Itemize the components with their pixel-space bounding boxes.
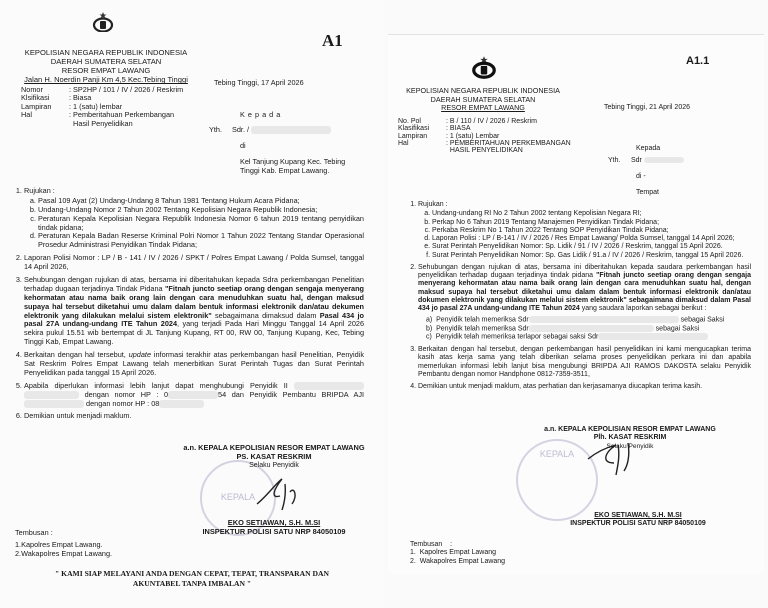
letter-meta: No. Pol: B / 110 / IV / 2026 / Reskrim K… <box>398 118 571 155</box>
signatory-rank: INSPEKTUR POLISI SATU NRP 84050109 <box>538 520 738 528</box>
carbon-copy: Tembusan : 1. Kapolres Empat Lawang 2. W… <box>410 541 505 566</box>
body-item-rujukan: Rujukan : Pasal 109 Ayat (2) Undang-Unda… <box>24 187 364 250</box>
body-item-sehubungan: Sehubungan dengan rujukan di atas, bersa… <box>418 264 751 342</box>
rujukan-title: Rujukan : <box>24 186 55 195</box>
recipient-kepada: Kepada <box>636 145 660 154</box>
signatory-rank: INSPEKTUR POLISI SATU NRP 84050109 <box>164 528 384 537</box>
redacted-name <box>24 400 84 408</box>
redacted-name <box>644 157 684 163</box>
body-item-sehubungan: Sehubungan dengan rujukan di atas, bersa… <box>24 276 364 347</box>
redacted-name <box>251 126 331 134</box>
signatory-name: EKO SETIAWAN, S.H. M.SI <box>538 512 738 520</box>
letterhead: KEPOLISIAN NEGARA REPUBLIK INDONESIA DAE… <box>18 48 194 84</box>
cc-item: 1.Kapolres Empat Lawang. <box>15 540 112 549</box>
meta-key: No. Pol <box>398 118 446 125</box>
body-item-closing: Demikian untuk menjadi maklum. <box>24 412 364 421</box>
place-date: Tebing Tinggi, 21 April 2026 <box>604 104 690 113</box>
meta-value: Hasil Penyelidikan <box>69 120 183 128</box>
police-emblem-icon <box>470 55 498 79</box>
paragraph-text: sebagai Saksi <box>656 325 700 332</box>
rujukan-item: Perkaba Reskrim No 1 Tahun 2022 Tentang … <box>432 227 751 235</box>
document-code: A1 <box>322 30 343 51</box>
document-code: A1.1 <box>686 55 709 69</box>
body-item-berkaitan: Berkaitan dengan hal tersebut, update in… <box>24 351 364 378</box>
cc-item: 2.Wakapolres Empat Lawang. <box>15 549 112 558</box>
examination-item: b) Penyidik telah memeriksa Sdr sebagai … <box>426 325 751 334</box>
body-item-closing: Demikian untuk menjadi maklum, atas perh… <box>418 383 751 391</box>
motto: " KAMI SIAP MELAYANI ANDA DENGAN CEPAT, … <box>20 569 364 589</box>
paragraph-text: Penyidik telah memeriksa terlapor sebaga… <box>436 334 599 341</box>
signature-icon <box>252 474 312 514</box>
letterhead-line: RESOR EMPAT LAWANG <box>388 104 578 113</box>
paragraph-text: yang saudara laporkan sebagai berikut : <box>580 305 706 312</box>
signature-block: a.n. KEPALA KEPOLISIAN RESOR EMPAT LAWAN… <box>520 426 740 451</box>
redacted-phone <box>159 400 204 408</box>
redacted-name <box>529 316 679 323</box>
recipient-place: Tempat <box>636 189 659 198</box>
examination-item: a) Penyidik telah memeriksa Sdr sebagai … <box>426 316 751 325</box>
meta-key: Hal <box>398 140 446 147</box>
meta-value: HASIL PENYELIDIKAN <box>446 147 571 154</box>
recipient-name: Sdr. / <box>232 125 331 134</box>
body-item-laporan: Laporan Polisi Nomor : LP / B - 141 / IV… <box>24 254 364 272</box>
recipient-sdr: Sdr. / <box>232 125 249 134</box>
letter-a1-1: A1.1 KEPOLISIAN NEGARA REPUBLIK INDONESI… <box>388 34 764 574</box>
redacted-name <box>294 382 364 390</box>
rujukan-item: Surat Perintah Penyelidikan Nomor: Sp. G… <box>432 252 751 260</box>
letter-meta: Nomor: SP2HP / 101 / IV / 2026 / Reskrim… <box>21 86 183 128</box>
letter-body: Rujukan : Pasal 109 Ayat (2) Undang-Unda… <box>12 187 364 425</box>
recipient-name: Sdr <box>631 157 684 166</box>
rujukan-item: Surat Perintah Penyelidikan Nomor: Sp. L… <box>432 243 751 251</box>
recipient-yth: Yth. <box>608 157 620 166</box>
meta-value: : 1 (satu) Lembar <box>446 133 571 140</box>
examination-item: c) Penyidik telah memeriksa terlapor seb… <box>426 333 751 342</box>
letterhead-line: DAERAH SUMATERA SELATAN <box>18 57 194 66</box>
meta-key <box>21 120 69 128</box>
cc-title: Tembusan : <box>410 541 505 549</box>
letterhead-line: KEPOLISIAN NEGARA REPUBLIK INDONESIA <box>18 48 194 57</box>
paragraph-text: dengan nomor HP : 0 <box>85 390 168 399</box>
recipient-di: di <box>240 141 246 150</box>
motto-line: AKUNTABEL TANPA IMBALAN " <box>20 579 364 589</box>
body-item-berkaitan: Berkaitan dengan hal tersebut, dengan pe… <box>418 346 751 379</box>
rujukan-title: Rujukan : <box>418 201 448 208</box>
recipient-di: di - <box>636 173 646 182</box>
meta-key: Klasifikasi <box>398 125 446 132</box>
carbon-copy: Tembusan : 1.Kapolres Empat Lawang. 2.Wa… <box>15 528 112 558</box>
signature-position: Plh. KASAT RESKRIM <box>520 434 740 442</box>
cc-item: 1. Kapolres Empat Lawang <box>410 549 505 557</box>
paragraph-text: 54 dan Penyidik Pembantu BRIPDA AJI <box>218 390 364 399</box>
rujukan-item: Peraturan Kepala Badan Reserse Kriminal … <box>38 232 364 250</box>
place-date: Tebing Tinggi, 17 April 2026 <box>214 78 304 87</box>
letterhead: KEPOLISIAN NEGARA REPUBLIK INDONESIA DAE… <box>388 87 578 113</box>
redacted-name <box>529 325 654 332</box>
signature-role: Selaku Penyidik <box>520 443 740 451</box>
letter-a1: A1 KEPOLISIAN NEGARA REPUBLIK INDONESIA … <box>0 0 384 608</box>
paragraph-text: sebagaimana dimaksud dalam <box>212 311 320 320</box>
signature-on-behalf: a.n. KEPALA KEPOLISIAN RESOR EMPAT LAWAN… <box>520 426 740 434</box>
redacted-name <box>24 391 79 399</box>
motto-line: " KAMI SIAP MELAYANI ANDA DENGAN CEPAT, … <box>20 569 364 579</box>
paragraph-text: Penyidik telah memeriksa Sdr <box>436 317 529 324</box>
signatory: EKO SETIAWAN, S.H. M.SI INSPEKTUR POLISI… <box>538 512 738 529</box>
paragraph-text: dengan nomor HP : 08 <box>86 399 159 408</box>
redacted-phone <box>168 391 218 399</box>
recipient-address: Kel Tanjung Kupang Kec. Tebing Tinggi Ka… <box>240 157 360 176</box>
meta-value: : PEMBERITAHUAN PERKEMBANGAN <box>446 140 571 147</box>
body-item-contact: Apabila diperlukan informasi lebih lanju… <box>24 382 364 409</box>
police-emblem-icon <box>90 12 116 32</box>
recipient-yth: Yth. <box>209 125 222 134</box>
meta-key: Lampiran <box>398 133 446 140</box>
letter-body: Rujukan : Undang-undang RI No 2 Tahun 20… <box>406 201 751 395</box>
signature-block: a.n. KEPALA KEPOLISIAN RESOR EMPAT LAWAN… <box>164 444 384 470</box>
paragraph-text: Penyidik telah memeriksa Sdr <box>436 325 529 332</box>
meta-value: : B / 110 / IV / 2026 / Reskrim <box>446 118 571 125</box>
recipient-sdr: Sdr <box>631 157 642 164</box>
meta-key <box>398 147 446 154</box>
paragraph-text: Berkaitan dengan hal tersebut, <box>24 350 129 359</box>
paragraph-text: update <box>129 350 151 359</box>
signature-role: Selaku Penyidik <box>164 462 384 470</box>
meta-key: Hal <box>21 111 69 119</box>
rujukan-item: Undang-undang RI No 2 Tahun 2002 tentang… <box>432 210 751 218</box>
rujukan-item: Peraturan Kepala Kepolisian Negara Repub… <box>38 215 364 233</box>
body-item-rujukan: Rujukan : Undang-undang RI No 2 Tahun 20… <box>418 201 751 260</box>
cc-title: Tembusan : <box>15 528 112 537</box>
paragraph-text: sebagai Saksi <box>681 317 725 324</box>
recipient-kepada: K e p a d a <box>240 110 281 119</box>
letterhead-address: Jalan H. Noerdin Panji Km 4,5 Kec.Tebing… <box>18 75 194 84</box>
signature-position: PS. KASAT RESKRIM <box>164 453 384 462</box>
redacted-name <box>598 333 708 340</box>
paragraph-text: Apabila diperlukan informasi lebih lanju… <box>24 381 288 390</box>
meta-value: : BIASA <box>446 125 571 132</box>
signatory: EKO SETIAWAN, S.H. M.SI INSPEKTUR POLISI… <box>164 519 384 537</box>
letterhead-line: RESOR EMPAT LAWANG <box>18 66 194 75</box>
cc-item: 2. Wakapolres Empat Lawang <box>410 558 505 566</box>
rujukan-item: Laporan Polisi : LP / B-141 / IV / 2026 … <box>432 235 751 243</box>
rujukan-item: Perkap No 6 Tahun 2019 Tentang Manajemen… <box>432 219 751 227</box>
